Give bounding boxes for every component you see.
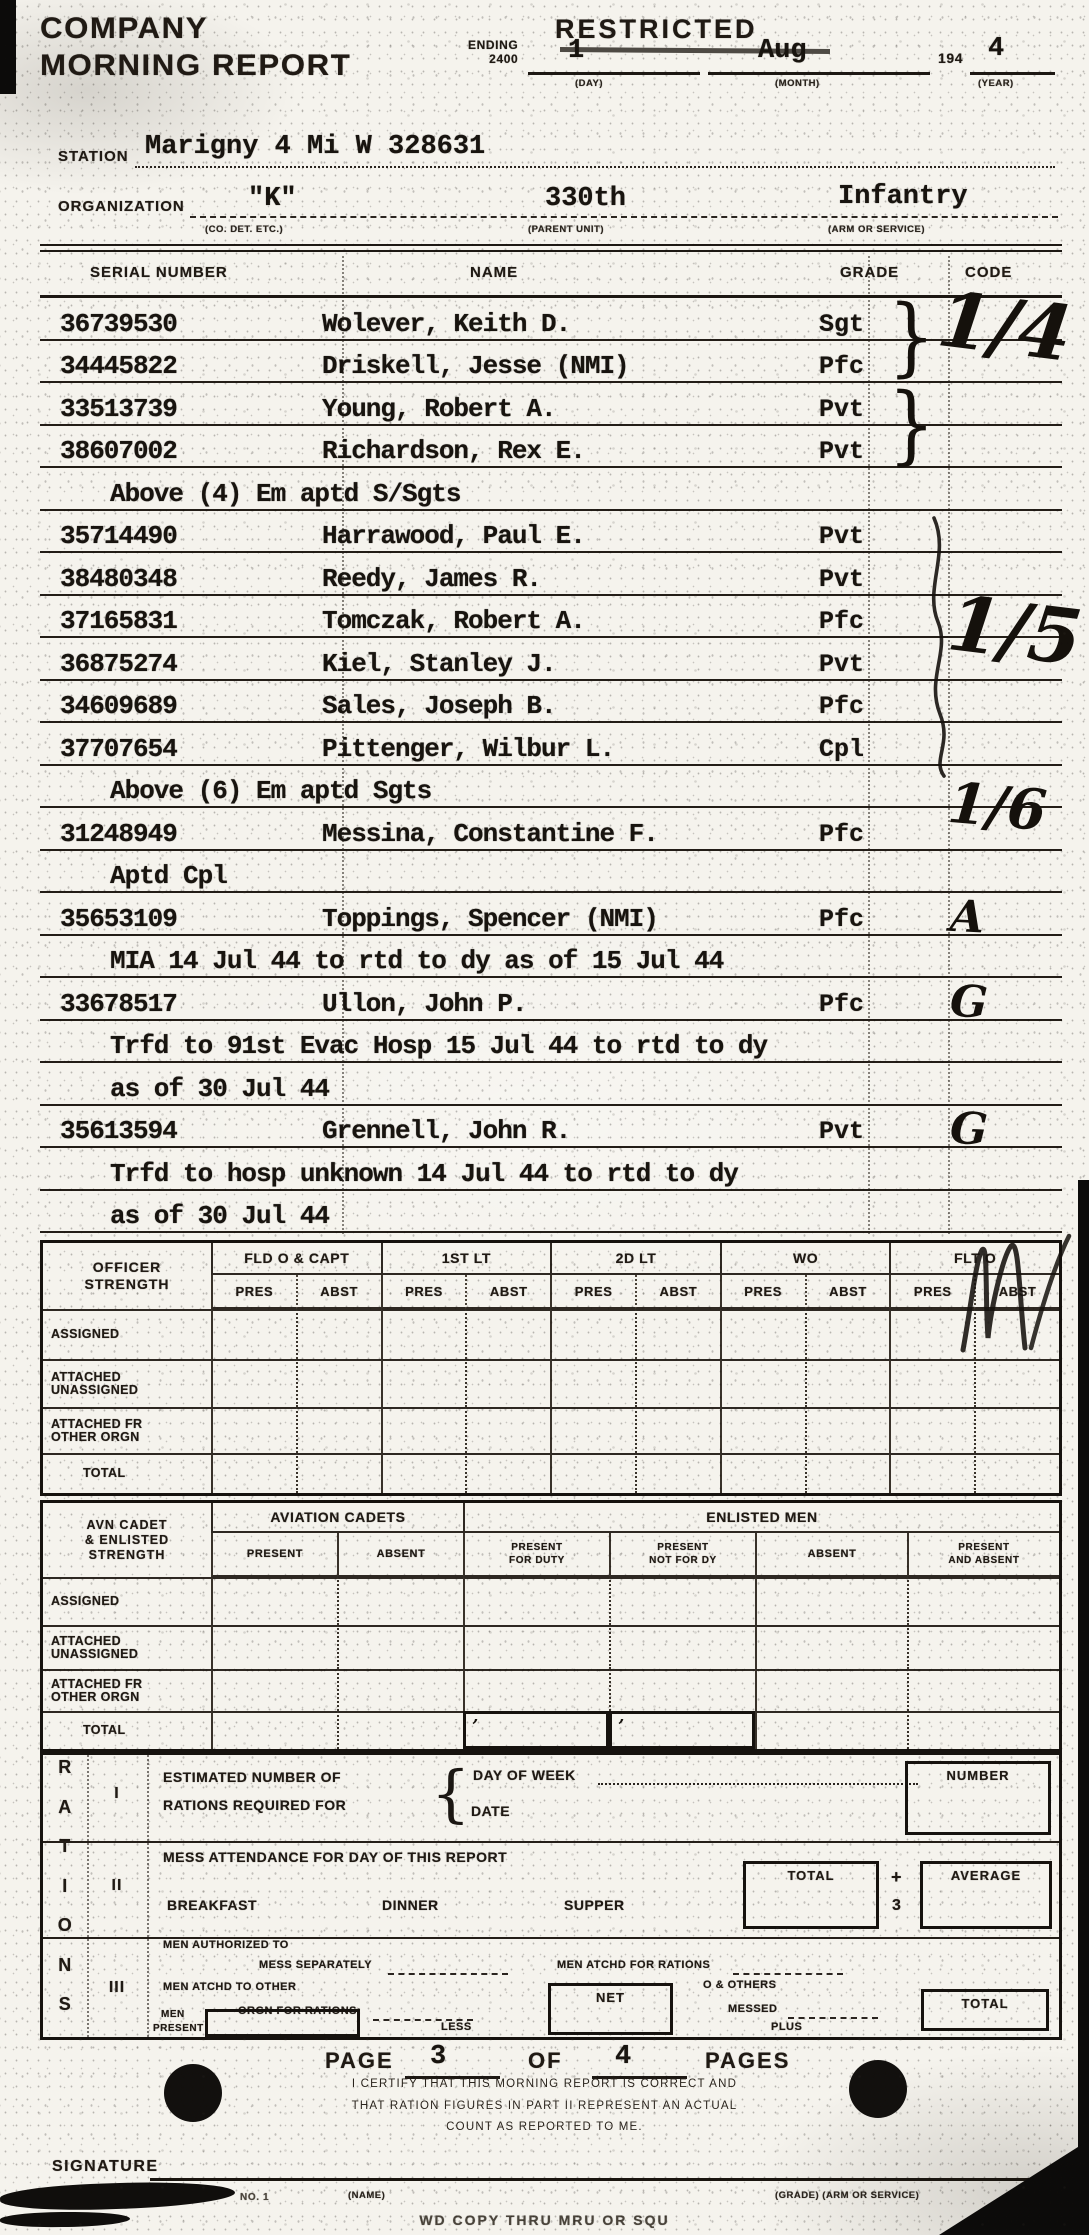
officer-empty-cell	[381, 1407, 466, 1453]
serial-number: 35613594	[40, 1116, 322, 1146]
cadet-empty-cell	[211, 1577, 337, 1625]
officer-subheader: ABST	[465, 1275, 550, 1309]
grade-value: Pfc	[819, 990, 924, 1019]
handwritten-code-group-2: 1/5	[944, 588, 1085, 674]
ending-label: ENDING 2400	[468, 38, 518, 66]
net-label: NET	[551, 1986, 670, 2005]
soldier-name: Wolever, Keith D.	[322, 309, 819, 339]
officer-empty-cell	[465, 1453, 550, 1493]
station-label: STATION	[58, 148, 129, 165]
officer-empty-cell	[720, 1407, 805, 1453]
roster-entry-row: 37707654Pittenger, Wilbur L.Cpl	[40, 723, 1062, 766]
remark-text: MIA 14 Jul 44 to rtd to dy as of 15 Jul …	[110, 946, 723, 976]
roster-entry-row: 33678517Ullon, John P.PfcG	[40, 978, 1062, 1021]
day-underline	[528, 72, 700, 75]
year-prefix: 194	[938, 50, 963, 66]
roster-entry-row: 36875274Kiel, Stanley J.Pvt	[40, 638, 1062, 681]
pages-label: PAGES	[705, 2048, 790, 2074]
officer-empty-cell	[889, 1359, 974, 1407]
cadet-strength-title: AVN CADET& ENLISTEDSTRENGTH	[43, 1503, 211, 1577]
officer-empty-cell	[720, 1309, 805, 1359]
wd-copy-note: WD COPY THRU MRU OR SQU	[0, 2212, 1089, 2228]
month-sublabel: (MONTH)	[775, 78, 820, 89]
roster-note-row: MIA 14 Jul 44 to rtd to dy as of 15 Jul …	[40, 936, 1062, 979]
officer-empty-cell	[974, 1359, 1059, 1407]
officer-empty-cell	[805, 1453, 890, 1493]
officer-empty-cell	[550, 1359, 635, 1407]
serial-number: 33513739	[40, 394, 322, 424]
roster-entry-row: 34609689Sales, Joseph B.Pfc	[40, 681, 1062, 724]
parent-unit-sublabel: (PARENT UNIT)	[528, 224, 604, 235]
cadet-empty-cell	[907, 1711, 1059, 1749]
average-box: AVERAGE	[920, 1861, 1052, 1929]
certify-line-2: THAT RATION FIGURES IN PART II REPRESENT…	[0, 2100, 1089, 2112]
pages-total: 4	[615, 2042, 631, 2072]
roster-note-row: as of 30 Jul 44	[40, 1063, 1062, 1106]
officer-subheader: ABST	[805, 1275, 890, 1309]
remark-text: Above (6) Em aptd Sgts	[110, 776, 431, 806]
enlisted-men-group: ENLISTED MEN	[463, 1503, 1059, 1533]
cadet-empty-cell	[755, 1625, 907, 1669]
officer-empty-cell	[550, 1309, 635, 1359]
roster-entry-row: 31248949Messina, Constantine F.Pfc	[40, 808, 1062, 851]
brace-glyph: {	[431, 1757, 470, 1830]
cadet-empty-cell: ’	[609, 1711, 755, 1749]
roster-note-row: Trfd to 91st Evac Hosp 15 Jul 44 to rtd …	[40, 1021, 1062, 1064]
officer-subheader: PRES	[550, 1275, 635, 1309]
officer-empty-cell	[465, 1359, 550, 1407]
cadet-empty-cell	[755, 1577, 907, 1625]
ending-word: ENDING	[468, 38, 518, 52]
organization-parent-unit: 330th	[545, 184, 626, 214]
number-box-label: NUMBER	[908, 1764, 1048, 1783]
officer-empty-cell	[381, 1453, 466, 1493]
form-header: COMPANY MORNING REPORT RESTRICTED ENDING…	[40, 10, 1062, 128]
officer-empty-cell	[296, 1309, 381, 1359]
cadet-row-label: TOTAL	[43, 1711, 211, 1749]
serial-number: 38607002	[40, 436, 322, 466]
officer-empty-cell	[805, 1309, 890, 1359]
officer-empty-cell	[296, 1359, 381, 1407]
officer-title-line1: OFFICER	[93, 1259, 161, 1276]
signature-grade-sublabel: (GRADE) (ARM OR SERVICE)	[775, 2190, 919, 2201]
serial-number: 37707654	[40, 734, 322, 764]
report-month: Aug	[758, 36, 807, 66]
cadet-col-header: PRESENT	[211, 1533, 337, 1577]
date-label: DATE	[471, 1803, 510, 1819]
officer-row-label: TOTAL	[43, 1453, 211, 1493]
scan-corner-bottom-right	[939, 2140, 1089, 2235]
organization-arm: Infantry	[838, 182, 968, 212]
soldier-name: Young, Robert A.	[322, 394, 819, 424]
roster-entry-row: 35613594Grennell, John R.PvtG	[40, 1106, 1062, 1149]
handwritten-code-group-1: 1/4	[934, 284, 1075, 370]
average-label: AVERAGE	[923, 1864, 1049, 1883]
officer-subheader: PRES	[720, 1275, 805, 1309]
grade-value: Pfc	[819, 607, 924, 636]
day-of-week-label: DAY OF WEEK	[473, 1767, 576, 1783]
less-label: LESS	[441, 2021, 472, 2033]
officer-subheader: PRES	[211, 1275, 296, 1309]
page-label: PAGE	[325, 2048, 394, 2074]
serial-number: 33678517	[40, 989, 322, 1019]
cadet-row-label: ATTACHED FROTHER ORGN	[43, 1669, 211, 1711]
signature-line	[150, 2178, 1030, 2181]
cadet-empty-cell	[609, 1669, 755, 1711]
officer-empty-cell	[211, 1359, 296, 1407]
mess-total-label: TOTAL	[746, 1864, 876, 1883]
serial-number: 34609689	[40, 691, 322, 721]
serial-number: 34445822	[40, 351, 322, 381]
remark-text: Above (4) Em aptd S/Sgts	[110, 479, 460, 509]
cadet-empty-cell	[337, 1711, 463, 1749]
grade-value: Pvt	[819, 650, 924, 679]
officer-empty-cell	[211, 1309, 296, 1359]
men-authorized-label: MEN AUTHORIZED TO	[163, 1939, 289, 1951]
remark-text: as of 30 Jul 44	[110, 1201, 329, 1231]
officer-subheader: PRES	[381, 1275, 466, 1309]
officer-col-group: 2D LT	[550, 1243, 720, 1275]
cadet-empty-cell	[463, 1669, 609, 1711]
officer-strength-table: OFFICERSTRENGTHFLD O & CAPT1ST LT2D LTWO…	[40, 1240, 1062, 1496]
roster-entry-row: 37165831Tomczak, Robert A.Pfc	[40, 596, 1062, 639]
cadet-empty-cell	[211, 1669, 337, 1711]
serial-number: 36875274	[40, 649, 322, 679]
serial-number: 37165831	[40, 606, 322, 636]
serial-number: 35653109	[40, 904, 322, 934]
rations-section-3: III MEN AUTHORIZED TO MESS SEPARATELY ME…	[43, 1937, 1059, 2037]
of-label: OF	[528, 2048, 563, 2074]
plus-label: PLUS	[771, 2021, 802, 2033]
divisor-three: 3	[892, 1897, 901, 1915]
rations-section-1: I ESTIMATED NUMBER OF RATIONS REQUIRED F…	[43, 1755, 1059, 1841]
officer-col-group: 1ST LT	[381, 1243, 551, 1275]
code-value: A	[923, 900, 1062, 937]
year-underline	[970, 72, 1055, 75]
cadet-enlisted-strength-table: AVN CADET& ENLISTEDSTRENGTHAVIATION CADE…	[40, 1500, 1062, 1752]
officer-empty-cell	[211, 1453, 296, 1493]
code-value: G	[923, 985, 1062, 1022]
form-number-fragment: NO. 1	[240, 2192, 269, 2203]
handwritten-code-group-3: 1/6	[945, 770, 1049, 844]
officer-empty-cell	[635, 1359, 720, 1407]
cadet-empty-cell	[211, 1711, 337, 1749]
soldier-name: Messina, Constantine F.	[322, 819, 819, 849]
officer-empty-cell	[211, 1407, 296, 1453]
handwritten-brace-2: }	[888, 376, 935, 475]
cadet-empty-cell	[609, 1577, 755, 1625]
officer-empty-cell	[805, 1407, 890, 1453]
officer-strength-title: OFFICERSTRENGTH	[43, 1243, 211, 1309]
handwritten-tick: ’	[618, 1716, 624, 1737]
cadet-col-header: ABSENT	[337, 1533, 463, 1577]
organization-company: "K"	[248, 184, 297, 214]
form-title-line2: MORNING REPORT	[40, 47, 1089, 84]
cadet-col-header: PRESENTAND ABSENT	[907, 1533, 1059, 1577]
ink-smudge	[0, 2179, 235, 2213]
cadet-empty-cell	[337, 1577, 463, 1625]
cadet-col-header: PRESENTFOR DUTY	[463, 1533, 609, 1577]
cadet-empty-cell	[609, 1625, 755, 1669]
serial-number: 31248949	[40, 819, 322, 849]
officer-empty-cell	[805, 1359, 890, 1407]
remark-text: Trfd to 91st Evac Hosp 15 Jul 44 to rtd …	[110, 1031, 767, 1061]
handwritten-brace-1: }	[888, 288, 935, 387]
cadet-empty-cell	[337, 1625, 463, 1669]
soldier-name: Driskell, Jesse (NMI)	[322, 351, 819, 381]
estimated-label-1: ESTIMATED NUMBER OF	[163, 1769, 341, 1785]
officer-empty-cell	[720, 1453, 805, 1493]
officer-empty-cell	[889, 1407, 974, 1453]
cadet-col-header: PRESENTNOT FOR DY	[609, 1533, 755, 1577]
soldier-name: Richardson, Rex E.	[322, 436, 819, 466]
company-sublabel: (CO. DET. ETC.)	[205, 224, 283, 235]
report-year: 4	[988, 34, 1004, 64]
officer-row-label: ATTACHEDUNASSIGNED	[43, 1359, 211, 1407]
soldier-name: Grennell, John R.	[322, 1116, 819, 1146]
officer-empty-cell	[635, 1407, 720, 1453]
section-1-numeral: I	[95, 1785, 139, 1803]
cadet-empty-cell: ’	[463, 1711, 609, 1749]
remark-text: as of 30 Jul 44	[110, 1074, 329, 1104]
roster-entry-row: 35714490Harrawood, Paul E.Pvt	[40, 511, 1062, 554]
punch-hole-left	[164, 2064, 222, 2122]
remark-text: Aptd Cpl	[110, 861, 227, 891]
rations-section: RATIONS I ESTIMATED NUMBER OF RATIONS RE…	[40, 1752, 1062, 2040]
estimated-label-2: RATIONS REQUIRED FOR	[163, 1797, 346, 1813]
section-2-numeral: II	[95, 1877, 139, 1895]
morning-report-scan: COMPANY MORNING REPORT RESTRICTED ENDING…	[0, 0, 1089, 2235]
page-number: 3	[430, 2042, 446, 2072]
officer-empty-cell	[720, 1359, 805, 1407]
net-box: NET	[548, 1983, 673, 2035]
serial-number: 36739530	[40, 309, 322, 339]
section-3-numeral: III	[95, 1979, 139, 1997]
soldier-name: Reedy, James R.	[322, 564, 819, 594]
cadet-empty-cell	[907, 1577, 1059, 1625]
cadet-row-label: ASSIGNED	[43, 1577, 211, 1625]
cadet-empty-cell	[337, 1669, 463, 1711]
officer-empty-cell	[550, 1407, 635, 1453]
officer-col-group: WO	[720, 1243, 890, 1275]
cadet-row-label: ATTACHEDUNASSIGNED	[43, 1625, 211, 1669]
soldier-name: Harrawood, Paul E.	[322, 521, 819, 551]
grade-value: Pvt	[819, 1117, 924, 1146]
scan-edge-right	[1078, 1180, 1089, 2235]
cadet-empty-cell	[463, 1625, 609, 1669]
roster-entry-row: 35653109Toppings, Spencer (NMI)PfcA	[40, 893, 1062, 936]
mess-attendance-label: MESS ATTENDANCE FOR DAY OF THIS REPORT	[163, 1849, 507, 1865]
plus-sign: +	[891, 1867, 902, 1888]
roster-note-row: Aptd Cpl	[40, 851, 1062, 894]
report-day: 1	[568, 36, 584, 66]
officer-empty-cell	[974, 1453, 1059, 1493]
handwritten-tick: ’	[472, 1716, 478, 1737]
men-present-box	[205, 2009, 360, 2037]
others-messed-label: MESSED	[728, 2003, 777, 2015]
cadet-empty-cell	[755, 1711, 907, 1749]
cadet-col-header: ABSENT	[755, 1533, 907, 1577]
code-value: G	[923, 1112, 1062, 1149]
col-grade: GRADE	[840, 264, 899, 281]
col-name: NAME	[470, 264, 518, 281]
officer-empty-cell	[974, 1407, 1059, 1453]
cadet-empty-cell	[907, 1625, 1059, 1669]
rations-section-2: II MESS ATTENDANCE FOR DAY OF THIS REPOR…	[43, 1841, 1059, 1937]
aviation-cadets-group: AVIATION CADETS	[211, 1503, 463, 1533]
cadet-empty-cell	[907, 1669, 1059, 1711]
serial-number: 38480348	[40, 564, 322, 594]
officer-empty-cell	[296, 1453, 381, 1493]
rations-total-label: TOTAL	[924, 1992, 1046, 2011]
officer-empty-cell	[889, 1453, 974, 1493]
handwritten-n-mark	[945, 1222, 1089, 1357]
soldier-name: Kiel, Stanley J.	[322, 649, 819, 679]
atchd-for-rations-label: MEN ATCHD FOR RATIONS	[557, 1959, 710, 1971]
grade-value: Pfc	[819, 905, 924, 934]
grade-value: Pvt	[819, 565, 924, 594]
col-serial-number: SERIAL NUMBER	[90, 264, 228, 281]
grade-value: Pfc	[819, 820, 924, 849]
punch-hole-right	[849, 2060, 907, 2118]
officer-col-group: FLD O & CAPT	[211, 1243, 381, 1275]
officer-row-label: ATTACHED FROTHER ORGN	[43, 1407, 211, 1453]
officer-row-label: ASSIGNED	[43, 1309, 211, 1359]
rations-total-box: TOTAL	[921, 1989, 1049, 2031]
roster-note-row: as of 30 Jul 44	[40, 1191, 1062, 1234]
officer-empty-cell	[296, 1407, 381, 1453]
grade-value: Pfc	[819, 692, 924, 721]
soldier-name: Tomczak, Robert A.	[322, 606, 819, 636]
soldier-name: Ullon, John P.	[322, 989, 819, 1019]
officer-empty-cell	[635, 1453, 720, 1493]
serial-number: 35714490	[40, 521, 322, 551]
officer-subheader: ABST	[635, 1275, 720, 1309]
arm-sublabel: (ARM OR SERVICE)	[828, 224, 925, 235]
others-label-1: O & OTHERS	[703, 1979, 776, 1991]
soldier-name: Sales, Joseph B.	[322, 691, 819, 721]
supper-label: SUPPER	[564, 1897, 625, 1913]
ending-time: 2400	[468, 52, 518, 66]
officer-empty-cell	[381, 1309, 466, 1359]
station-value: Marigny 4 Mi W 328631	[145, 132, 485, 162]
mess-separately-label: MESS SEPARATELY	[259, 1959, 372, 1971]
certify-line-3: COUNT AS REPORTED TO ME.	[0, 2121, 1089, 2133]
cadet-empty-cell	[463, 1577, 609, 1625]
scan-edge-top-left	[0, 0, 16, 94]
mess-total-box: TOTAL	[743, 1861, 879, 1929]
grade-value: Cpl	[819, 735, 924, 764]
roster-note-row: Above (6) Em aptd Sgts	[40, 766, 1062, 809]
officer-empty-cell	[635, 1309, 720, 1359]
year-sublabel: (YEAR)	[978, 78, 1014, 89]
grade-value: Pvt	[819, 522, 924, 551]
officer-empty-cell	[550, 1453, 635, 1493]
cadet-empty-cell	[755, 1669, 907, 1711]
officer-empty-cell	[381, 1359, 466, 1407]
number-box: NUMBER	[905, 1761, 1051, 1835]
atchd-to-other-label: MEN ATCHD TO OTHER	[163, 1981, 296, 1993]
roster-note-row: Trfd to hosp unknown 14 Jul 44 to rtd to…	[40, 1148, 1062, 1191]
day-sublabel: (DAY)	[575, 78, 603, 89]
dinner-label: DINNER	[382, 1897, 439, 1913]
cadet-empty-cell	[211, 1625, 337, 1669]
present-label: PRESENT	[153, 2023, 204, 2034]
remark-text: Trfd to hosp unknown 14 Jul 44 to rtd to…	[110, 1159, 738, 1189]
men-label: MEN	[161, 2009, 185, 2020]
signature-label: SIGNATURE	[52, 2158, 159, 2176]
month-underline	[708, 72, 930, 75]
officer-title-line2: STRENGTH	[85, 1276, 170, 1293]
officer-empty-cell	[465, 1407, 550, 1453]
breakfast-label: BREAKFAST	[167, 1897, 257, 1913]
soldier-name: Pittenger, Wilbur L.	[322, 734, 819, 764]
organization-label: ORGANIZATION	[58, 198, 185, 215]
officer-subheader: ABST	[296, 1275, 381, 1309]
signature-name-sublabel: (NAME)	[348, 2190, 385, 2201]
soldier-name: Toppings, Spencer (NMI)	[322, 904, 819, 934]
restricted-stamp: RESTRICTED	[555, 14, 758, 45]
roster-entry-row: 38480348Reedy, James R.Pvt	[40, 553, 1062, 596]
officer-empty-cell	[465, 1309, 550, 1359]
